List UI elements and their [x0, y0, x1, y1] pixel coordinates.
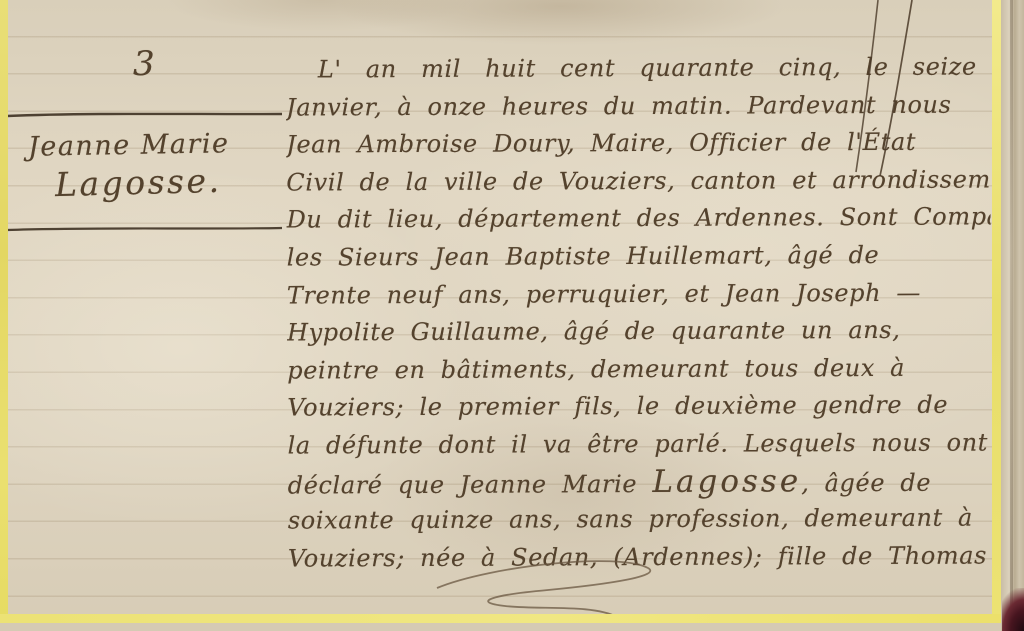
act-line-1: L' an mil huit cent quarante cinq, le se… — [286, 48, 990, 89]
act-line-12-prefix: déclaré que Jeanne Marie — [288, 469, 653, 499]
scan-border-bottom — [0, 614, 1001, 623]
margin-name-line2: Lagosse. — [55, 161, 222, 204]
act-line-6: les Sieurs Jean Baptiste Huillemart, âgé… — [287, 236, 991, 277]
act-line-14: Vouziers; née à Sedan, (Ardennes); fille… — [288, 537, 992, 578]
act-line-4: Civil de la ville de Vouziers, canton et… — [286, 161, 990, 202]
act-line-12: déclaré que Jeanne Marie Lagosse, âgée d… — [288, 462, 992, 503]
act-line-9: peintre en bâtiments, demeurant tous deu… — [287, 349, 991, 390]
book-cover-corner — [1002, 588, 1024, 631]
act-line-5: Du dit lieu, département des Ardennes. S… — [286, 199, 990, 240]
act-number: 3 — [133, 44, 155, 84]
act-line-12-suffix: , âgée de — [801, 468, 931, 497]
margin-name-line1: Jeanne Marie — [28, 128, 230, 163]
act-line-7: Trente neuf ans, perruquier, et Jean Jos… — [287, 274, 991, 315]
scan-border-left — [0, 0, 8, 631]
deceased-name: Lagosse — [652, 463, 801, 500]
register-page-scan: 3 Jeanne Marie Lagosse. L' an mil huit c… — [0, 0, 1024, 631]
scan-border-right — [992, 0, 1001, 623]
act-line-11: la défunte dont il va être parlé. Lesque… — [287, 424, 991, 465]
act-line-8: Hypolite Guillaume, âgé de quarante un a… — [287, 312, 991, 353]
act-text-block: L' an mil huit cent quarante cinq, le se… — [286, 48, 992, 596]
act-line-13: soixante quinze ans, sans profession, de… — [288, 500, 992, 541]
act-line-10: Vouziers; le premier fils, le deuxième g… — [287, 387, 991, 428]
paper-strip-below-border — [0, 623, 1001, 631]
act-line-3: Jean Ambroise Doury, Maire, Officier de … — [286, 124, 990, 165]
page-fold-crease — [1010, 0, 1013, 631]
act-line-2: Janvier, à onze heures du matin. Pardeva… — [286, 86, 990, 127]
